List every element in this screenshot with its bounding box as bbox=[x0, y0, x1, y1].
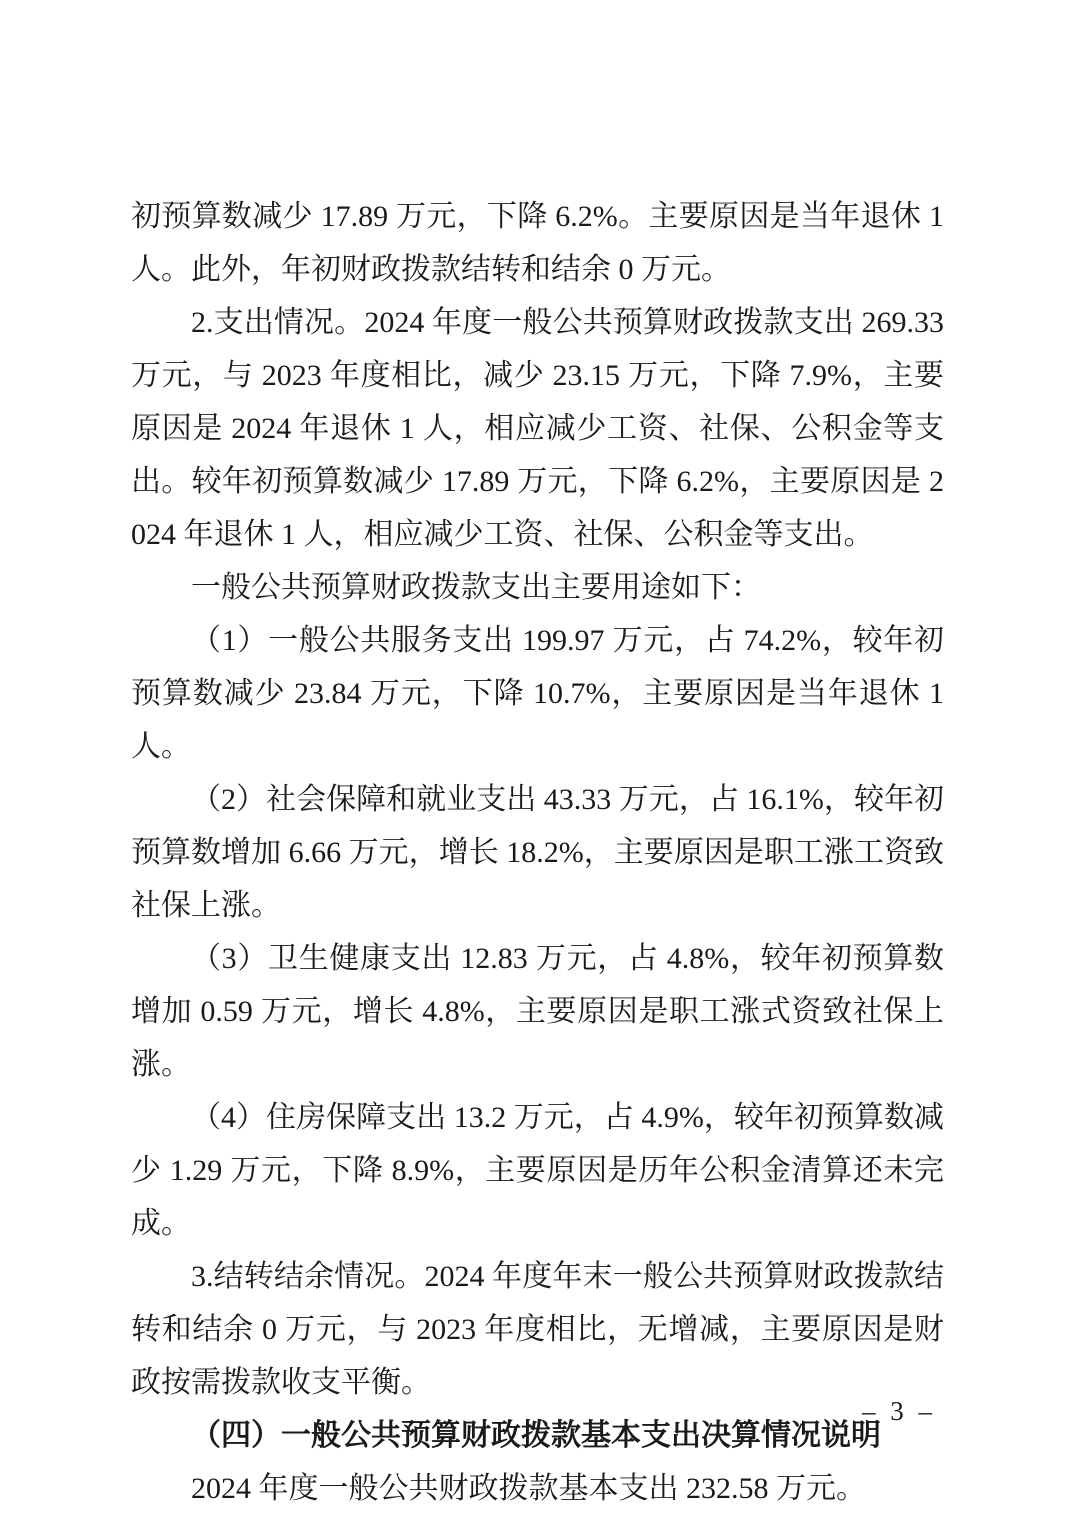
paragraph: 初预算数减少 17.89 万元，下降 6.2%。主要原因是当年退休 1 人。此外… bbox=[131, 190, 944, 296]
paragraph: 2024 年度一般公共财政拨款基本支出 232.58 万元。 bbox=[131, 1462, 944, 1515]
paragraph: 一般公共预算财政拨款支出主要用途如下： bbox=[131, 561, 944, 614]
section-heading: （四）一般公共预算财政拨款基本支出决算情况说明 bbox=[131, 1409, 944, 1462]
paragraph: （3）卫生健康支出 12.83 万元，占 4.8%，较年初预算数增加 0.59 … bbox=[131, 932, 944, 1091]
paragraph: （4）住房保障支出 13.2 万元，占 4.9%，较年初预算数减少 1.29 万… bbox=[131, 1091, 944, 1250]
paragraph: （1）一般公共服务支出 199.97 万元，占 74.2%，较年初预算数减少 2… bbox=[131, 614, 944, 773]
document-page: 初预算数减少 17.89 万元，下降 6.2%。主要原因是当年退休 1 人。此外… bbox=[0, 0, 1074, 1520]
page-number: – 3 – bbox=[862, 1396, 936, 1427]
paragraph: （2）社会保障和就业支出 43.33 万元，占 16.1%，较年初预算数增加 6… bbox=[131, 773, 944, 932]
document-body: 初预算数减少 17.89 万元，下降 6.2%。主要原因是当年退休 1 人。此外… bbox=[131, 190, 944, 1515]
paragraph: 2.支出情况。2024 年度一般公共预算财政拨款支出 269.33 万元，与 2… bbox=[131, 296, 944, 561]
paragraph: 3.结转结余情况。2024 年度年末一般公共预算财政拨款结转和结余 0 万元，与… bbox=[131, 1250, 944, 1409]
